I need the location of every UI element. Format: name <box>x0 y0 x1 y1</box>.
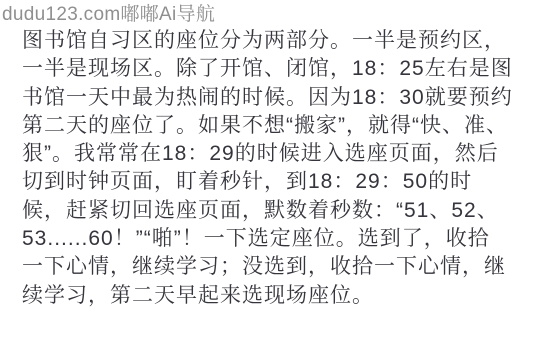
text-line: 狠”。我常常在18：29的时候进入选座页面，然后 <box>22 140 532 168</box>
text-line: 候，赶紧切回选座页面，默数着秒数：“51、52、 <box>22 197 532 225</box>
watermark-text: dudu123.com嘟嘟Ai导航 <box>2 4 215 26</box>
text-line: 53......60！”“啪”！一下选定座位。选到了，收拾 <box>22 225 532 253</box>
text-line: 一半是现场区。除了开馆、闭馆，18：25左右是图 <box>22 55 532 83</box>
text-line: 第二天的座位了。如果不想“搬家”，就得“快、准、 <box>22 112 532 140</box>
text-line: 切到时钟页面，盯着秒针，到18：29：50的时 <box>22 168 532 196</box>
text-line: 书馆一天中最为热闹的时候。因为18：30就要预约 <box>22 84 532 112</box>
text-line: 图书馆自习区的座位分为两部分。一半是预约区， <box>22 27 532 55</box>
paragraph: 图书馆自习区的座位分为两部分。一半是预约区，一半是现场区。除了开馆、闭馆，18：… <box>22 27 532 310</box>
text-line: 续学习，第二天早起来选现场座位。 <box>22 282 532 310</box>
text-line: 一下心情，继续学习；没选到，收拾一下心情，继 <box>22 253 532 281</box>
